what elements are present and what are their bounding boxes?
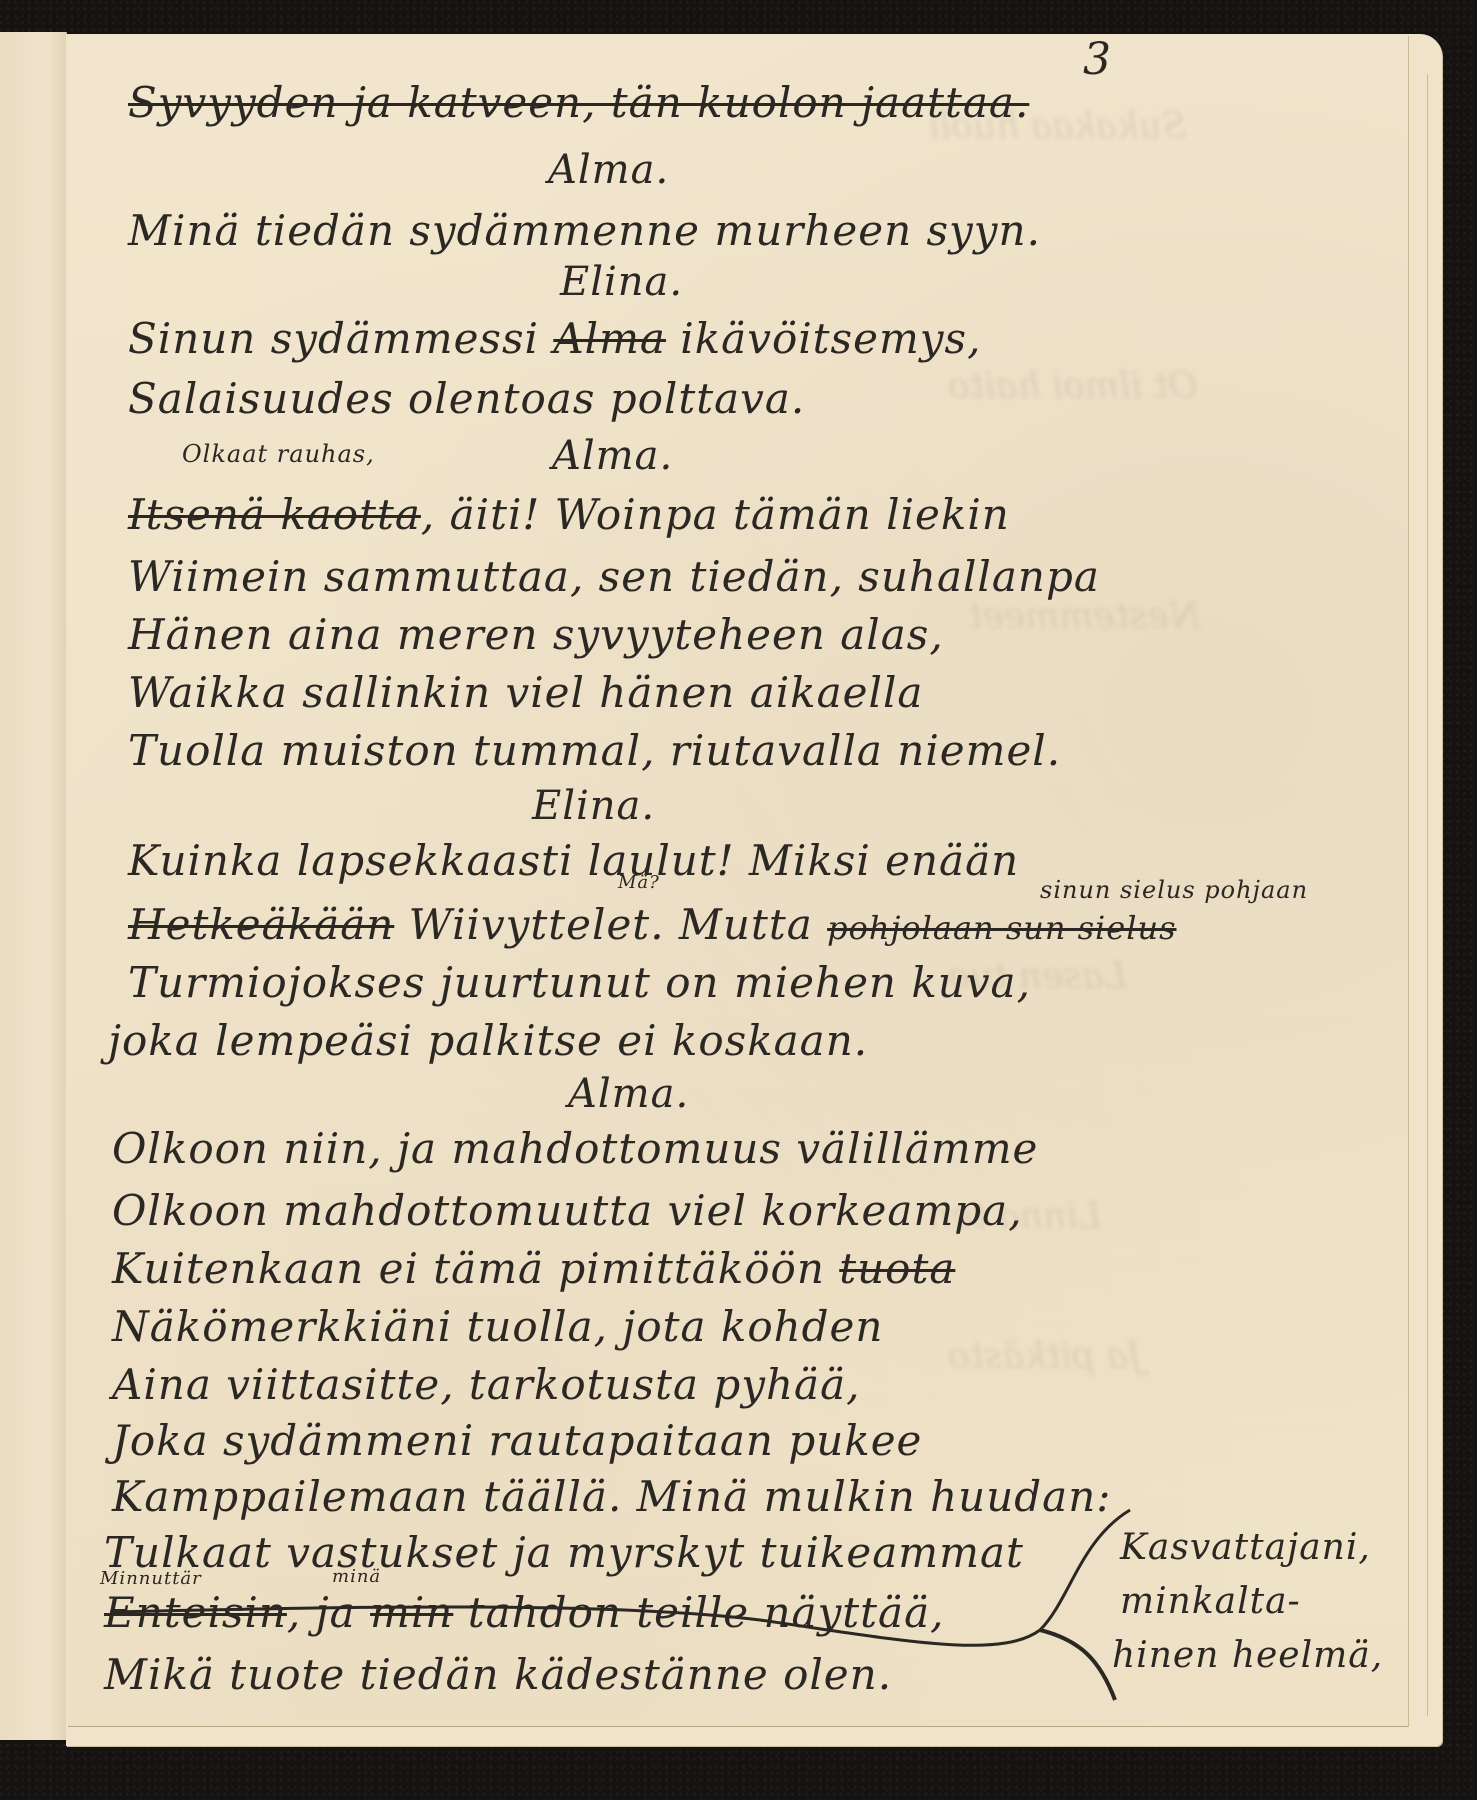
editorial-insertion-marks: [0, 0, 1477, 1800]
